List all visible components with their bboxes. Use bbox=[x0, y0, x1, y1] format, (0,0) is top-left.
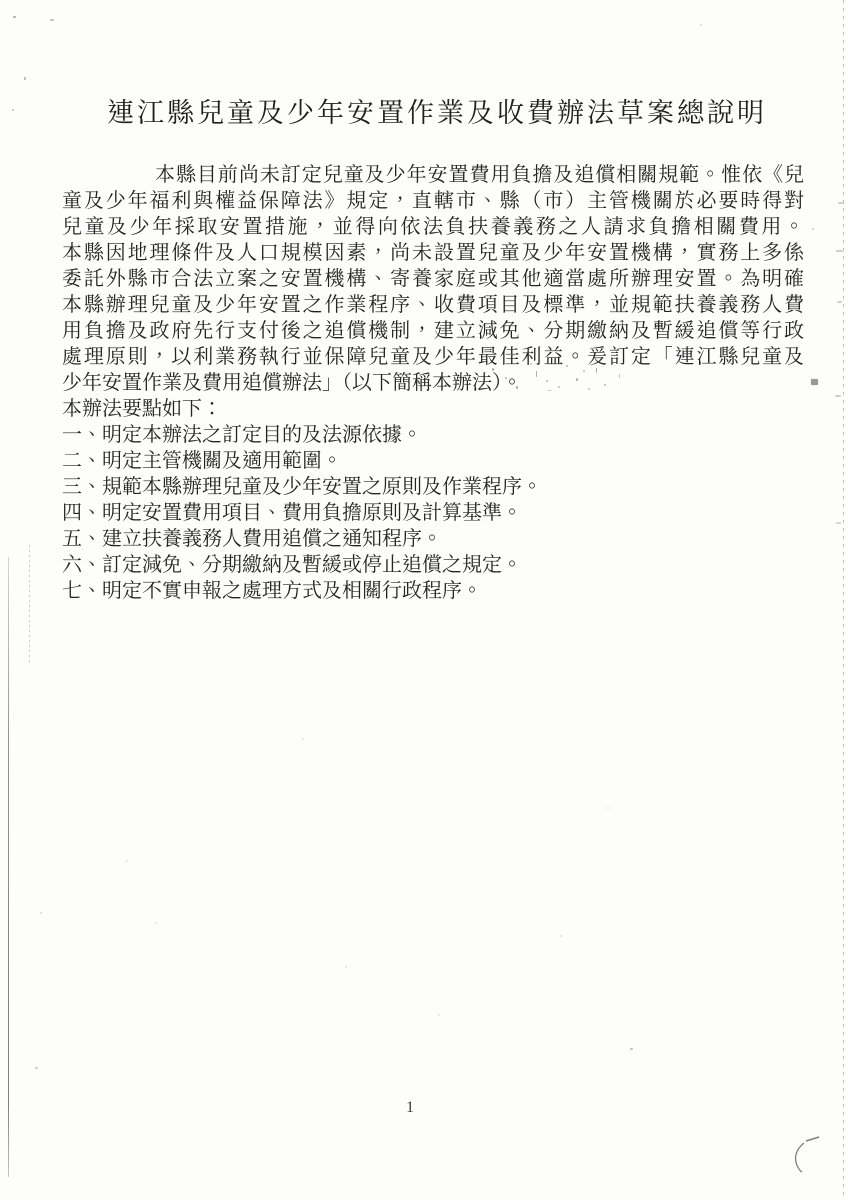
scan-speck bbox=[619, 374, 620, 378]
scan-speck bbox=[35, 1067, 38, 1069]
scan-edge-line-right bbox=[843, 0, 844, 1200]
outline-item: 三、規範本縣辦理兒童及少年安置之原則及作業程序。 bbox=[62, 474, 804, 500]
scan-speck bbox=[505, 377, 507, 379]
scan-speck bbox=[596, 368, 597, 373]
scan-speck bbox=[13, 16, 16, 18]
scan-speck bbox=[838, 202, 844, 204]
paragraph-line: 少年安置作業及費用追償辦法」（以下簡稱本辦法）。 bbox=[62, 370, 804, 396]
scan-speck bbox=[492, 368, 494, 371]
paragraph-line: 委託外縣市合法立案之安置機構、寄養家庭或其他適當處所辦理安置。為明確 bbox=[62, 266, 804, 292]
scan-curve-mark bbox=[790, 1132, 824, 1178]
outline-item: 二、明定主管機關及適用範圍。 bbox=[62, 448, 804, 474]
document-page: 連江縣兒童及少年安置作業及收費辦法草案總說明 本縣目前尚未訂定兒童及少年安置費用… bbox=[0, 0, 848, 1200]
outline-item: 六、訂定減免、分期繳納及暫緩或停止追償之規定。 bbox=[62, 552, 804, 578]
document-title: 連江縣兒童及少年安置作業及收費辦法草案總說明 bbox=[0, 95, 848, 131]
scan-speck bbox=[345, 966, 347, 968]
outline-item: 七、明定不實申報之處理方式及相關行政程序。 bbox=[62, 578, 804, 604]
scan-speck bbox=[607, 807, 609, 809]
scan-speck bbox=[126, 860, 128, 862]
paragraph-line: 本縣辦理兒童及少年安置之作業程序、收費項目及標準，並規範扶養義務人費 bbox=[62, 292, 804, 318]
paragraph-line: 兒童及少年採取安置措施，並得向依法負扶養義務之人請求負擔相關費用。 bbox=[62, 214, 804, 240]
scan-speck bbox=[558, 386, 560, 388]
paragraph-line: 本縣因地理條件及人口規模因素，尚未設置兒童及少年安置機構，實務上多係 bbox=[62, 240, 804, 266]
scan-speck bbox=[530, 363, 532, 365]
outline-item: 四、明定安置費用項目、費用負擔原則及計算基準。 bbox=[62, 500, 804, 526]
document-body: 本縣目前尚未訂定兒童及少年安置費用負擔及追償相關規範。惟依《兒 童及少年福利與權… bbox=[62, 162, 804, 604]
outline-item: 一、明定本辦法之訂定目的及法源依據。 bbox=[62, 422, 804, 448]
scan-speck bbox=[516, 386, 518, 389]
scan-speck bbox=[836, 250, 843, 252]
scan-speck bbox=[837, 301, 842, 303]
scan-speck bbox=[583, 370, 585, 372]
scan-speck bbox=[368, 178, 370, 180]
scan-speck bbox=[576, 378, 578, 381]
scan-speck bbox=[24, 77, 26, 80]
scan-speck bbox=[438, 1014, 440, 1016]
scan-speck bbox=[12, 109, 14, 111]
scan-fold-line-left bbox=[8, 557, 9, 1177]
scan-speck bbox=[546, 380, 548, 382]
paragraph-line: 本縣目前尚未訂定兒童及少年安置費用負擔及追償相關規範。惟依《兒 bbox=[62, 162, 804, 188]
scan-speck bbox=[302, 738, 304, 740]
scan-speck bbox=[604, 384, 606, 386]
outline-intro: 本辦法要點如下： bbox=[62, 396, 804, 422]
scan-fold-line-left-short bbox=[29, 545, 30, 665]
scan-speck bbox=[548, 390, 551, 391]
scan-speck bbox=[700, 24, 702, 26]
paragraph-line: 用負擔及政府先行支付後之追償機制，建立減免、分期繳納及暫緩追償等行政 bbox=[62, 318, 804, 344]
scan-speck bbox=[836, 522, 841, 524]
scan-speck bbox=[560, 935, 562, 937]
page-number: 1 bbox=[398, 1099, 422, 1117]
scan-speck bbox=[812, 228, 814, 230]
scan-speck bbox=[611, 362, 613, 365]
scan-speck bbox=[155, 922, 157, 924]
scan-smudge-mark bbox=[811, 379, 818, 385]
scan-speck bbox=[588, 388, 590, 390]
outline-item: 五、建立扶養義務人費用追償之通知程序。 bbox=[62, 526, 804, 552]
paragraph-line: 處理原則，以利業務執行並保障兒童及少年最佳利益。爰訂定「連江縣兒童及 bbox=[62, 344, 804, 370]
scan-speck bbox=[566, 365, 568, 367]
scan-speck bbox=[835, 395, 841, 397]
scan-speck bbox=[40, 912, 42, 914]
paragraph-line: 童及少年福利與權益保障法》規定，直轄市、縣（市）主管機關於必要時得對 bbox=[62, 188, 804, 214]
scan-speck bbox=[50, 19, 54, 21]
scan-speck bbox=[536, 371, 537, 377]
scan-speck bbox=[630, 1048, 633, 1050]
